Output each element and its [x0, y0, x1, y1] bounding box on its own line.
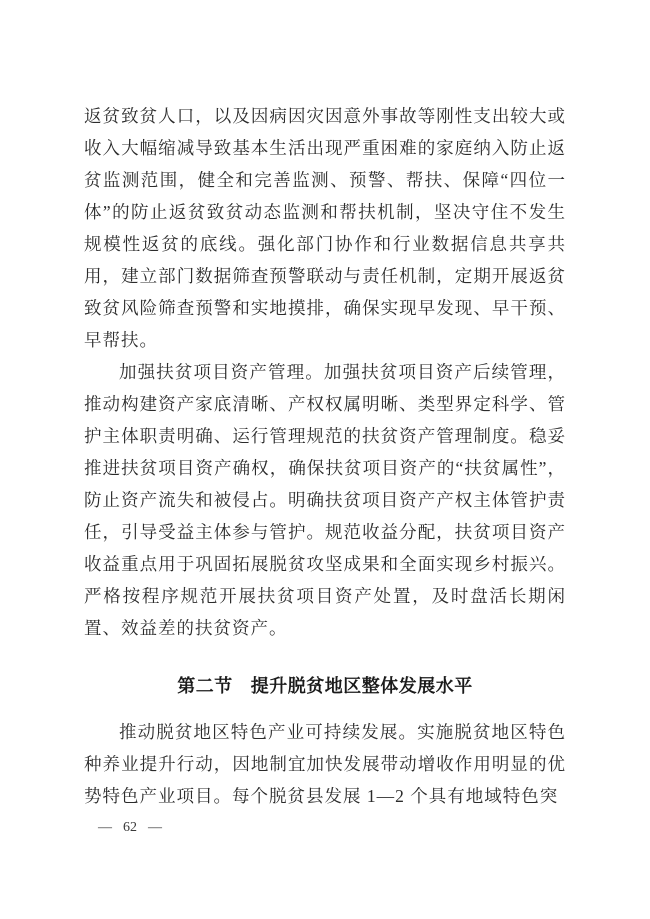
section-heading-title: 提升脱贫地区整体发展水平: [251, 676, 473, 696]
paragraph-asset-management: 加强扶贫项目资产管理。加强扶贫项目资产后续管理，推动构建资产家底清晰、产权权属明…: [84, 356, 566, 644]
page-number-dash-left: —: [98, 818, 112, 838]
paragraph-industry-development: 推动脱贫地区特色产业可持续发展。实施脱贫地区特色种养业提升行动，因地制宜加快发展…: [84, 716, 566, 812]
section-heading: 第二节提升脱贫地区整体发展水平: [84, 672, 566, 700]
page-number-dash-right: —: [148, 818, 162, 838]
section-heading-number: 第二节: [177, 676, 233, 696]
page-number-value: 62: [123, 818, 137, 838]
document-page: 返贫致贫人口，以及因病因灾因意外事故等刚性支出较大或收入大幅缩减导致基本生活出现…: [0, 0, 650, 919]
page-number: —62—: [98, 818, 566, 838]
paragraph-poverty-monitoring: 返贫致贫人口，以及因病因灾因意外事故等刚性支出较大或收入大幅缩减导致基本生活出现…: [84, 100, 566, 356]
